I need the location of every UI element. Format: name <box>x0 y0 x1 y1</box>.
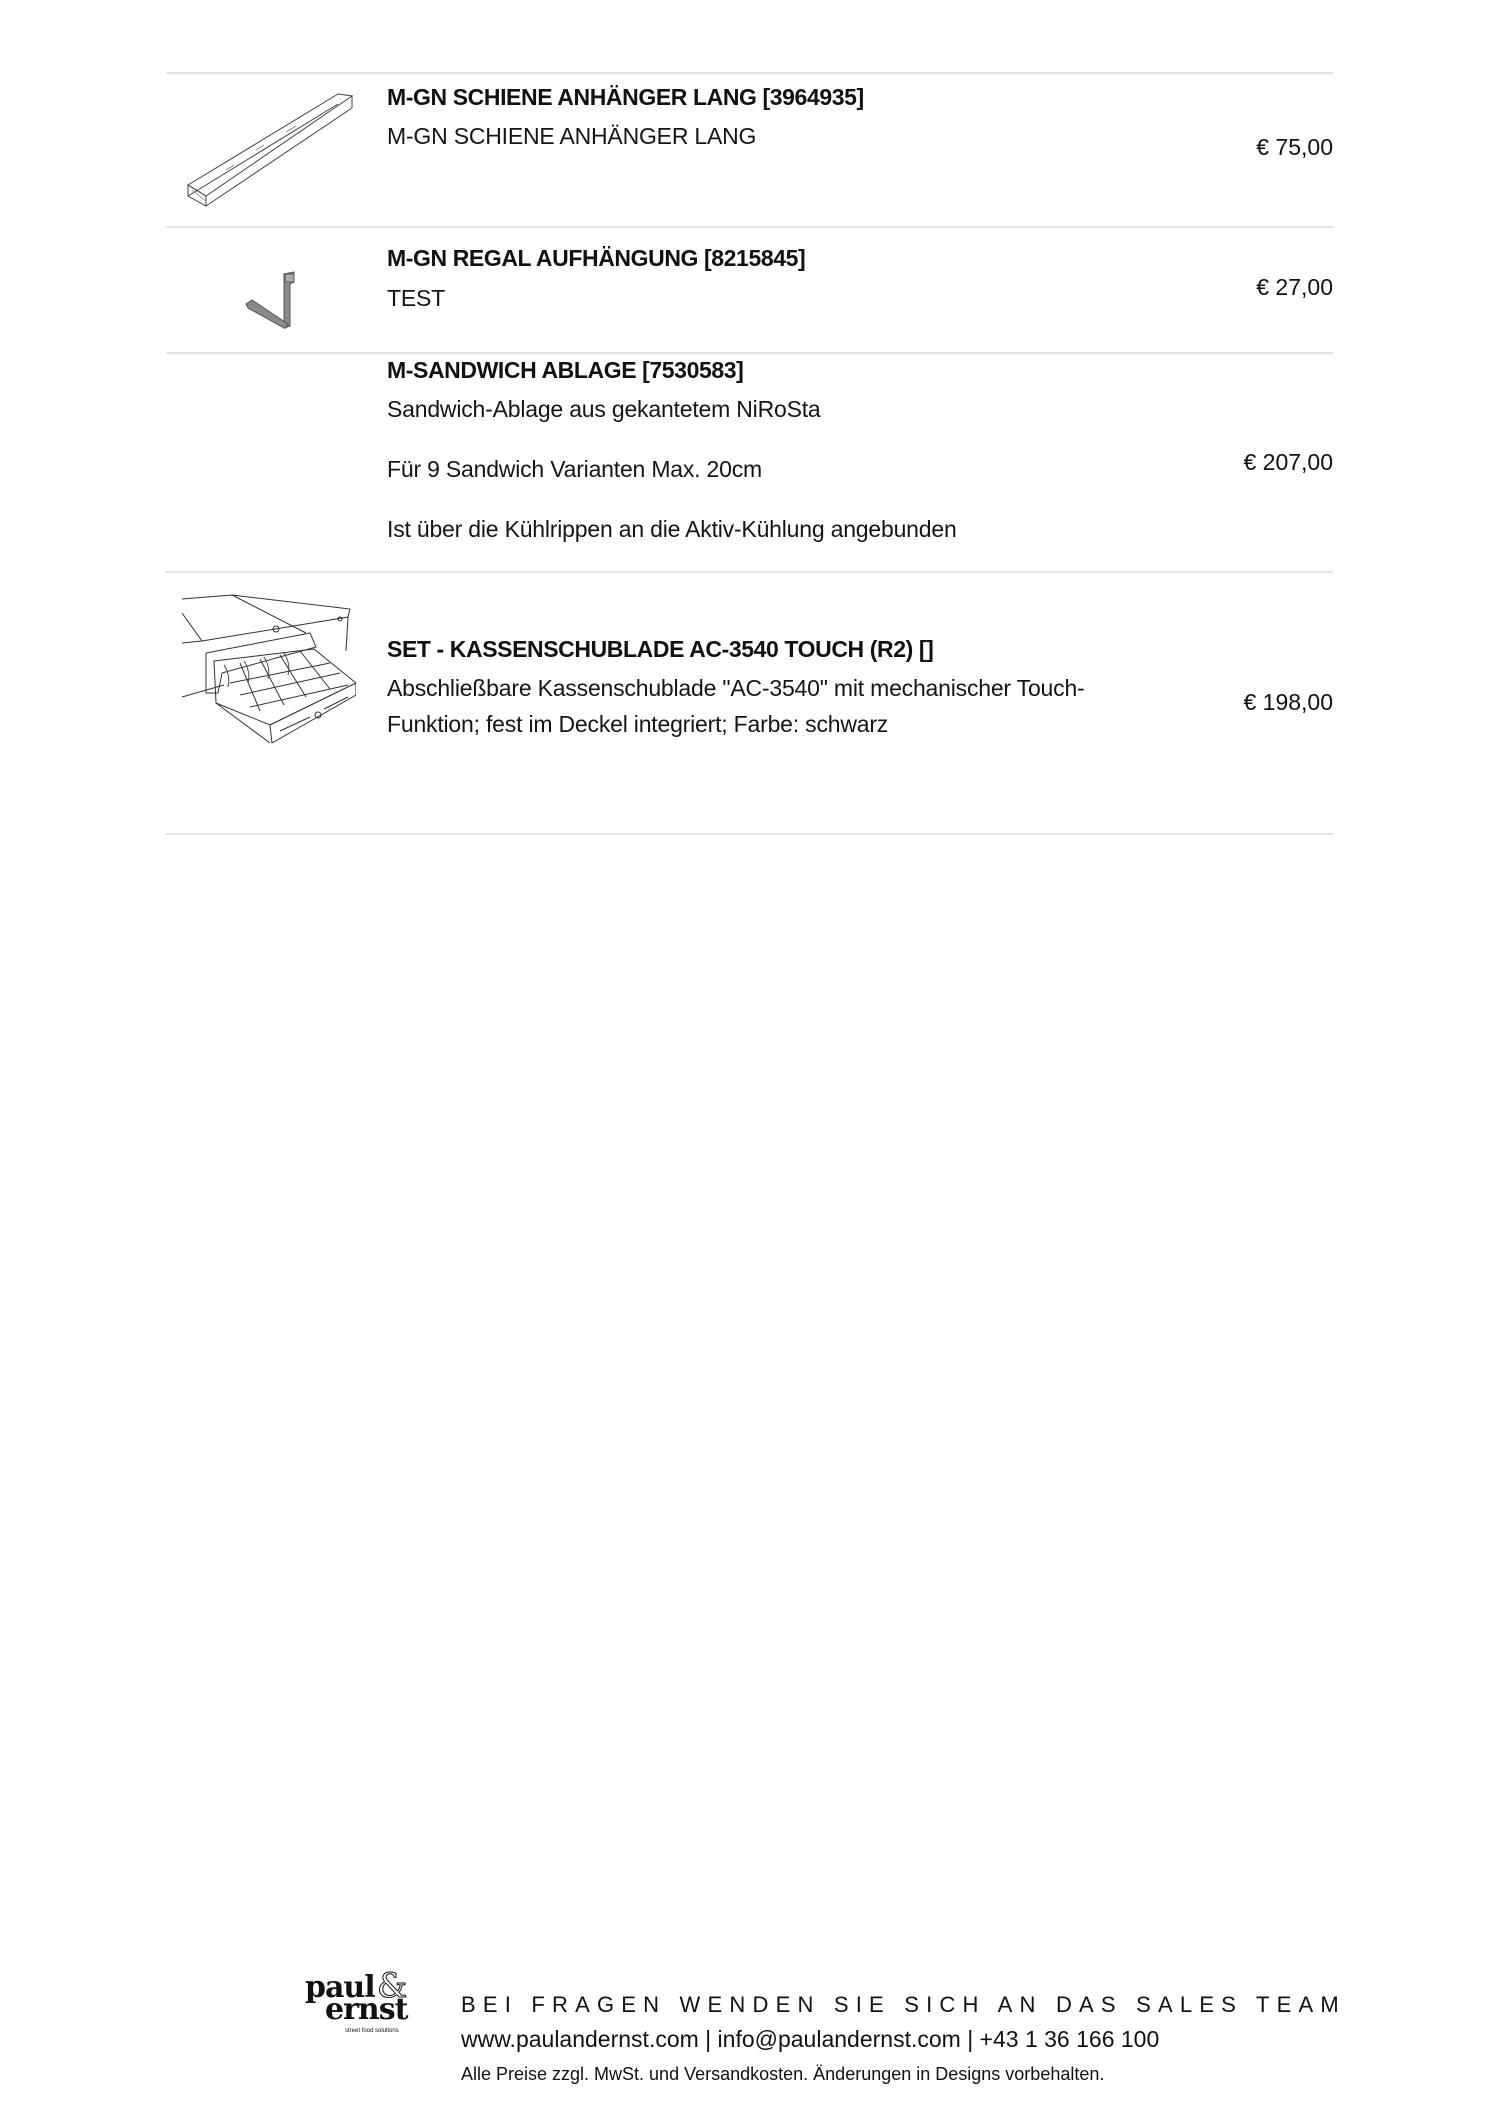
list-item: M-GN REGAL AUFHÄNGUNG [8215845] TEST € 2… <box>166 228 1333 352</box>
shelf-hook-icon <box>244 270 300 332</box>
item-title: M-GN SCHIENE ANHÄNGER LANG [3964935] <box>387 84 864 111</box>
rail-icon <box>186 90 356 208</box>
description-line: Für 9 Sandwich Varianten Max. 20cm <box>387 451 1147 487</box>
item-title: M-SANDWICH ABLAGE [7530583] <box>387 357 743 384</box>
logo-text: ernst <box>325 1992 407 2027</box>
footer-heading: BEI FRAGEN WENDEN SIE SICH AN DAS SALES … <box>461 1992 1346 2018</box>
list-item: SET - KASSENSCHUBLADE AC-3540 TOUCH (R2)… <box>166 573 1333 833</box>
item-description: Abschließbare Kassenschublade "AC-3540" … <box>387 670 1147 742</box>
item-price: € 75,00 <box>1256 134 1333 161</box>
description-line: Abschließbare Kassenschublade "AC-3540" … <box>387 670 1147 742</box>
description-line: TEST <box>387 280 1147 316</box>
item-description: Sandwich-Ablage aus gekantetem NiRoSta F… <box>387 391 1147 547</box>
footer-contact: www.paulandernst.com | info@paulandernst… <box>461 2026 1159 2053</box>
item-description: M-GN SCHIENE ANHÄNGER LANG <box>387 118 1147 154</box>
description-line: Ist über die Kühlrippen an die Aktiv-Küh… <box>387 511 1147 547</box>
description-line: Sandwich-Ablage aus gekantetem NiRoSta <box>387 391 1147 427</box>
list-item: M-SANDWICH ABLAGE [7530583] Sandwich-Abl… <box>166 354 1333 571</box>
row-divider <box>166 833 1333 835</box>
logo-tagline: street food solutions <box>345 2028 399 2034</box>
item-price: € 207,00 <box>1243 449 1333 476</box>
item-price: € 198,00 <box>1243 689 1333 716</box>
cash-drawer-icon <box>180 593 356 745</box>
item-price: € 27,00 <box>1256 274 1333 301</box>
item-title: SET - KASSENSCHUBLADE AC-3540 TOUCH (R2)… <box>387 636 933 663</box>
description-line: M-GN SCHIENE ANHÄNGER LANG <box>387 118 1147 154</box>
company-logo: paul & ernst street food solutions <box>305 1978 425 2040</box>
item-title: M-GN REGAL AUFHÄNGUNG [8215845] <box>387 245 805 272</box>
footer-disclaimer: Alle Preise zzgl. MwSt. und Versandkoste… <box>461 2064 1104 2085</box>
page-footer: paul & ernst street food solutions BEI F… <box>0 1970 1500 2100</box>
item-description: TEST <box>387 280 1147 316</box>
list-item: M-GN SCHIENE ANHÄNGER LANG [3964935] M-G… <box>166 74 1333 226</box>
